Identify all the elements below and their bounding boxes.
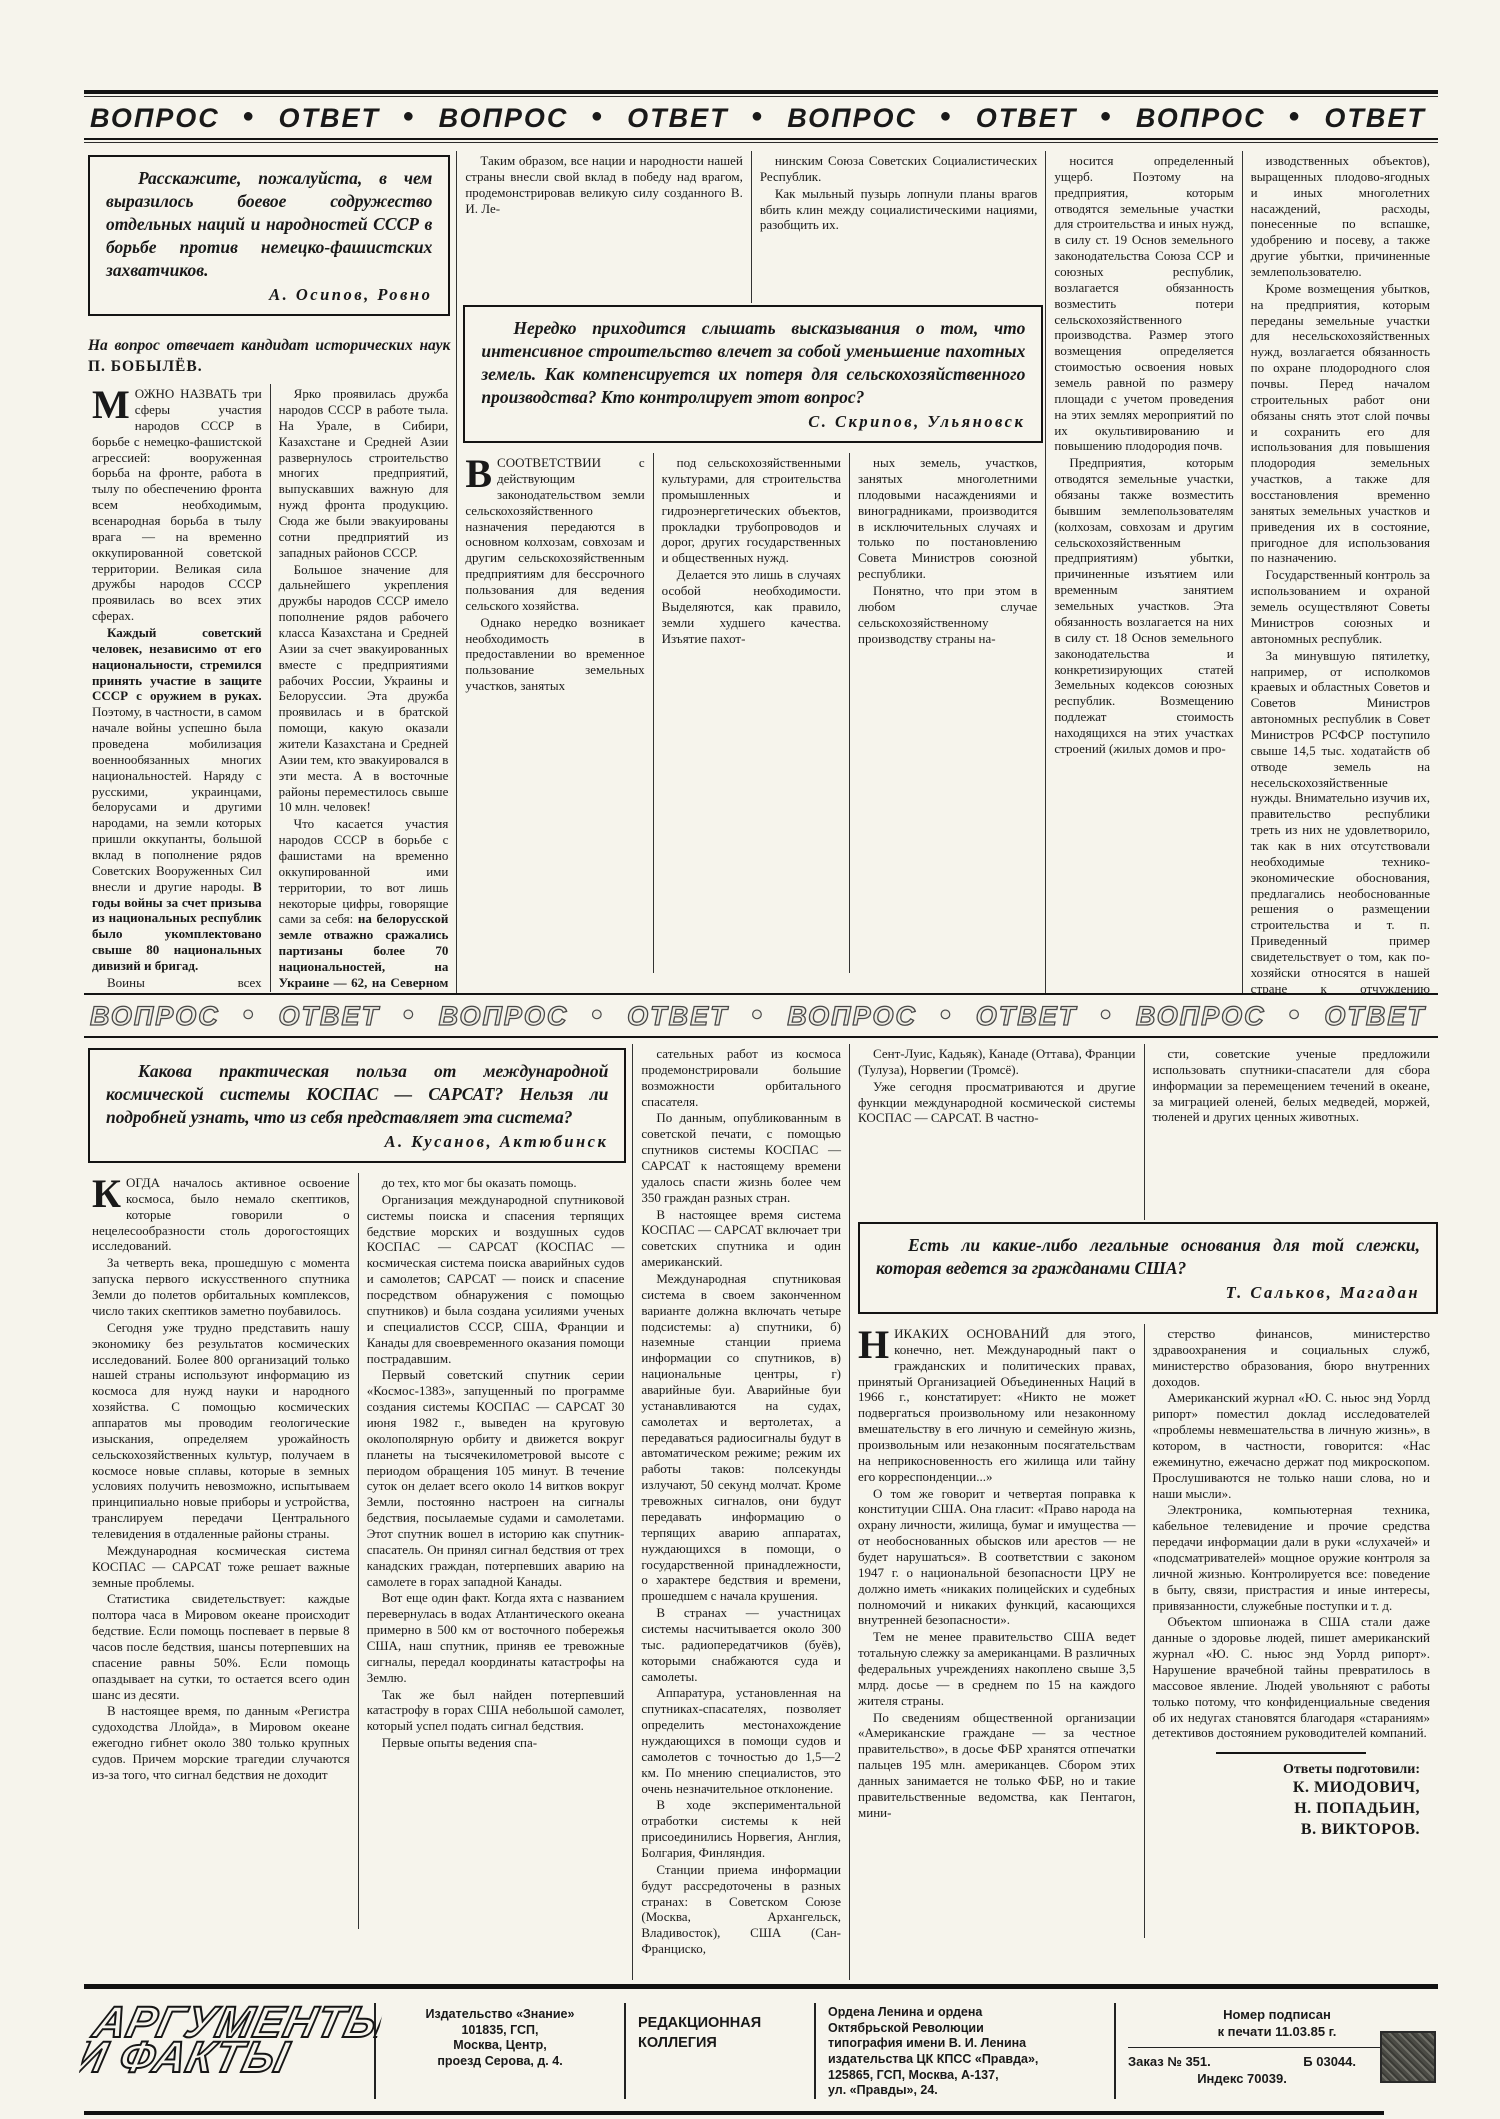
paragraph: Воины всех национальностей сражались муж… [92,975,262,992]
paragraph: Электроника, компьютерная техника, кабел… [1153,1502,1431,1613]
paragraph: сти, советские ученые предложили использ… [1153,1046,1431,1125]
paragraph: МОЖНО НАЗВАТЬ три сферы участия народов … [92,386,262,624]
paragraph: Что касается участия народов СССР в борь… [279,816,449,992]
paragraph: Кроме возмещения убытков, на предприятия… [1251,281,1430,566]
paragraph: ных земель, участков, занятых многолетни… [858,455,1037,582]
band-word: ВОПРОС [90,103,220,134]
article3-col5: сти, советские ученые предложили использ… [1144,1044,1438,1220]
band-word: ВОПРОС [90,1001,220,1032]
band-word: ВОПРОС [439,103,569,134]
footer: АРГУМЕНТЫ И ФАКТЫ Издательство «Знание»1… [84,2003,1438,2099]
band-word: ОТВЕТ [1324,103,1426,134]
band-dot: ● [1100,105,1114,128]
credits-title: Ответы подготовили: [1163,1762,1421,1778]
dropcap: В [465,455,497,490]
order-code: Б 03044. [1303,2054,1356,2069]
paragraph: Понятно, что при этом в любом случае сел… [858,583,1037,646]
question-text: Нередко приходится слышать высказывания … [481,317,1025,409]
article1-col2: Ярко проявилась дружба народов СССР в ра… [270,384,457,992]
band-dot: ● [402,105,416,128]
band-dot: ● [1100,1003,1114,1026]
paragraph: В ходе экспериментальной отработки систе… [641,1797,841,1860]
article2-col7: изводственных объектов), выращенных плод… [1242,151,1438,993]
article4-col1: НИКАКИХ ОСНОВАНИЙ для этого, конечно, не… [850,1324,1144,1938]
question-box-1: Расскажите, пожалуйста, в чем выразилось… [88,155,450,316]
article2-col4: под сельскохозяйственными культурами, дл… [653,453,849,973]
band-dot: ● [402,1003,416,1026]
newspaper-page: ВОПРОС●ОТВЕТ●ВОПРОС●ОТВЕТ●ВОПРОС●ОТВЕТ●В… [0,0,1500,2119]
article3-col4: Сент-Луис, Кадьяк), Канаде (Оттава), Фра… [850,1044,1144,1220]
paragraph: Тем не менее правительство США ведет тот… [858,1629,1136,1708]
paragraph: В СООТВЕТСТВИИ с действующим законодател… [465,455,644,614]
article1-strip-b: нинским Союза Советских Социалистических… [751,151,1045,303]
publisher-address: Издательство «Знание»101835, ГСП,Москва,… [374,2003,624,2099]
band-dot: ● [242,1003,256,1026]
band-dot: ● [1288,105,1302,128]
article2-block: Таким образом, все нации и народности на… [456,151,1045,993]
section-top: Расскажите, пожалуйста, в чем выразилось… [84,143,1438,993]
paragraph: За минувшую пятилетку, например, от испо… [1251,648,1430,993]
band-word: ОТВЕТ [1324,1001,1426,1032]
paragraph: За четверть века, прошедшую с момента за… [92,1255,350,1318]
dropcap: М [92,386,135,421]
print-info: Номер подписанк печати 11.03.85 г. Заказ… [1114,2003,1438,2099]
paragraph: сательных работ из космоса продемонстрир… [641,1046,841,1109]
article1-strip-a: Таким образом, все нации и народности на… [457,151,751,303]
article3-col2: до тех, кто мог бы оказать помощь.Органи… [358,1173,633,1929]
credits-block: Ответы подготовили: К. МИОДОВИЧ,Н. ПОПАД… [1153,1742,1431,1840]
paragraph: до тех, кто мог бы оказать помощь. [367,1175,625,1191]
paragraph: Таким образом, все нации и народности на… [465,153,743,216]
question-box-2: Нередко приходится слышать высказывания … [463,305,1043,443]
credits-names: К. МИОДОВИЧ,Н. ПОПАДЬИН,В. ВИКТОРОВ. [1163,1778,1421,1840]
question-text: Какова практическая польза от международ… [106,1060,608,1129]
newspaper-logo: АРГУМЕНТЫ И ФАКТЫ [73,2003,385,2099]
paragraph: Так же был найден потерпевший катастрофу… [367,1687,625,1735]
question-asker: Т. Сальков, Магадан [876,1280,1420,1304]
paragraph: Сегодня уже трудно представить нашу экон… [92,1320,350,1542]
paragraph: Международная космическая система КОСПАС… [92,1543,350,1591]
question-box-4: Есть ли какие-либо легальные основания д… [858,1222,1438,1314]
question-text: Расскажите, пожалуйста, в чем выразилось… [106,167,432,282]
article3-col3: сательных работ из космоса продемонстрир… [632,1044,849,1980]
paragraph: О том же говорит и четвертая поправка к … [858,1486,1136,1629]
band-word: ОТВЕТ [278,103,380,134]
band-word: ВОПРОС [439,1001,569,1032]
footer-top-rule [84,1984,1438,1989]
paragraph: Вот еще один факт. Когда яхта с название… [367,1590,625,1685]
paragraph: Предприятия, которым отводятся земельные… [1054,455,1233,756]
band-dot: ● [591,105,605,128]
band-dot: ● [751,1003,765,1026]
paragraph: изводственных объектов), выращенных плод… [1251,153,1430,280]
band-word: ОТВЕТ [976,1001,1078,1032]
paragraph: Сент-Луис, Кадьяк), Канаде (Оттава), Фра… [858,1046,1136,1078]
question-asker: А. Осипов, Ровно [106,282,432,306]
band-dot: ● [242,105,256,128]
paragraph: Делается это лишь в случаях особой необх… [662,567,841,646]
paragraph: Первые опыты ведения спа- [367,1735,625,1751]
band-word: ОТВЕТ [627,1001,729,1032]
paragraph: В странах — участницах системы насчитыва… [641,1605,841,1684]
printing-house: Ордена Ленина и орденаОктябрьской Револю… [814,2003,1114,2099]
article4-block: Сент-Луис, Кадьяк), Канаде (Оттава), Фра… [849,1044,1438,1980]
band-dot: ● [751,105,765,128]
question-text: Есть ли какие-либо легальные основания д… [876,1234,1420,1280]
paragraph: Станции приема информации будут рассредо… [641,1862,841,1957]
band-word: ВОПРОС [787,1001,917,1032]
band-dot: ● [591,1003,605,1026]
paragraph: под сельскохозяйственными культурами, дл… [662,455,841,566]
print-stamp [1380,2031,1436,2083]
band-word: ВОПРОС [1136,103,1266,134]
answer-note: На вопрос отвечает кандидат исторических… [84,326,456,384]
article2-col3: В СООТВЕТСТВИИ с действующим законодател… [457,453,652,973]
band-word: ОТВЕТ [627,103,729,134]
paragraph: Аппаратура, установленная на спутниках-с… [641,1685,841,1796]
paragraph: Ярко проявилась дружба народов СССР в ра… [279,386,449,560]
paragraph: Первый советский спутник серии «Космос-1… [367,1367,625,1589]
credits-divider [1216,1752,1366,1754]
question-asker: С. Скрипов, Ульяновск [481,409,1025,433]
paragraph: Государственный контроль за использовани… [1251,567,1430,646]
article3-block: Какова практическая польза от международ… [84,1044,632,1980]
paragraph: Уже сегодня просматриваются и другие фун… [858,1079,1136,1127]
band-dot: ● [939,1003,953,1026]
dropcap: Н [858,1326,894,1361]
paragraph: В настоящее время, по данным «Регистра с… [92,1703,350,1782]
band-vopros-otvet-mid: ВОПРОС●ОТВЕТ●ВОПРОС●ОТВЕТ●ВОПРОС●ОТВЕТ●В… [84,995,1438,1036]
paragraph: Большое значение для дальнейшего укрепле… [279,562,449,816]
paragraph: По данным, опубликованным в советской пе… [641,1110,841,1205]
paragraph: Каждый советский человек, независимо от … [92,625,262,974]
band-word: ОТВЕТ [278,1001,380,1032]
band-vopros-otvet-top: ВОПРОС●ОТВЕТ●ВОПРОС●ОТВЕТ●ВОПРОС●ОТВЕТ●В… [84,97,1438,138]
paragraph: НИКАКИХ ОСНОВАНИЙ для этого, конечно, не… [858,1326,1136,1485]
band-word: ВОПРОС [787,103,917,134]
dropcap: К [92,1175,126,1210]
footer-bottom-rule [84,2111,1384,2115]
band-word: ВОПРОС [1136,1001,1266,1032]
paragraph: нинским Союза Советских Социалистических… [760,153,1038,185]
question-asker: А. Кусанов, Актюбинск [106,1129,608,1153]
paragraph: Международная спутниковая система в свое… [641,1271,841,1604]
band-word: ОТВЕТ [976,103,1078,134]
article4-col2: стерство финансов, министерство здравоох… [1153,1326,1431,1742]
expert-name: П. БОБЫЛЁВ. [88,358,203,375]
article2-col5: ных земель, участков, занятых многолетни… [849,453,1045,973]
article3-col1: КОГДА началось активное освоение космоса… [84,1173,358,1929]
paragraph: Однако нередко возникает необходимость в… [465,615,644,694]
paragraph: По сведениям общественной организации «А… [858,1710,1136,1821]
question-box-3: Какова практическая польза от международ… [88,1048,626,1163]
paragraph: носится определенный ущерб. Поэтому на п… [1054,153,1233,454]
paragraph: В настоящее время система КОСПАС — САРСА… [641,1207,841,1270]
paragraph: Организация международной спутниковой си… [367,1192,625,1366]
section-bottom: Какова практическая польза от международ… [84,1038,1438,1980]
article1-continuation: Таким образом, все нации и народности на… [457,151,1045,303]
paragraph: Американский журнал «Ю. С. ньюс энд Уорл… [1153,1390,1431,1501]
order-number: Заказ № 351. [1128,2054,1211,2069]
paragraph: стерство финансов, министерство здравоох… [1153,1326,1431,1389]
paragraph: КОГДА началось активное освоение космоса… [92,1175,350,1254]
article1-block: Расскажите, пожалуйста, в чем выразилось… [84,151,456,993]
paragraph: Как мыльный пузырь лопнули планы врагов … [760,186,1038,234]
article2-col6: носится определенный ущерб. Поэтому на п… [1045,151,1241,993]
paragraph: Статистика свидетельствует: каждые полто… [92,1591,350,1702]
article1-col1: МОЖНО НАЗВАТЬ три сферы участия народов … [84,384,270,992]
paragraph: Объектом шпионажа в США стали даже данны… [1153,1614,1431,1741]
editorial-board: РЕДАКЦИОННАЯКОЛЛЕГИЯ [624,2003,814,2099]
band-dot: ● [1288,1003,1302,1026]
band-dot: ● [939,105,953,128]
